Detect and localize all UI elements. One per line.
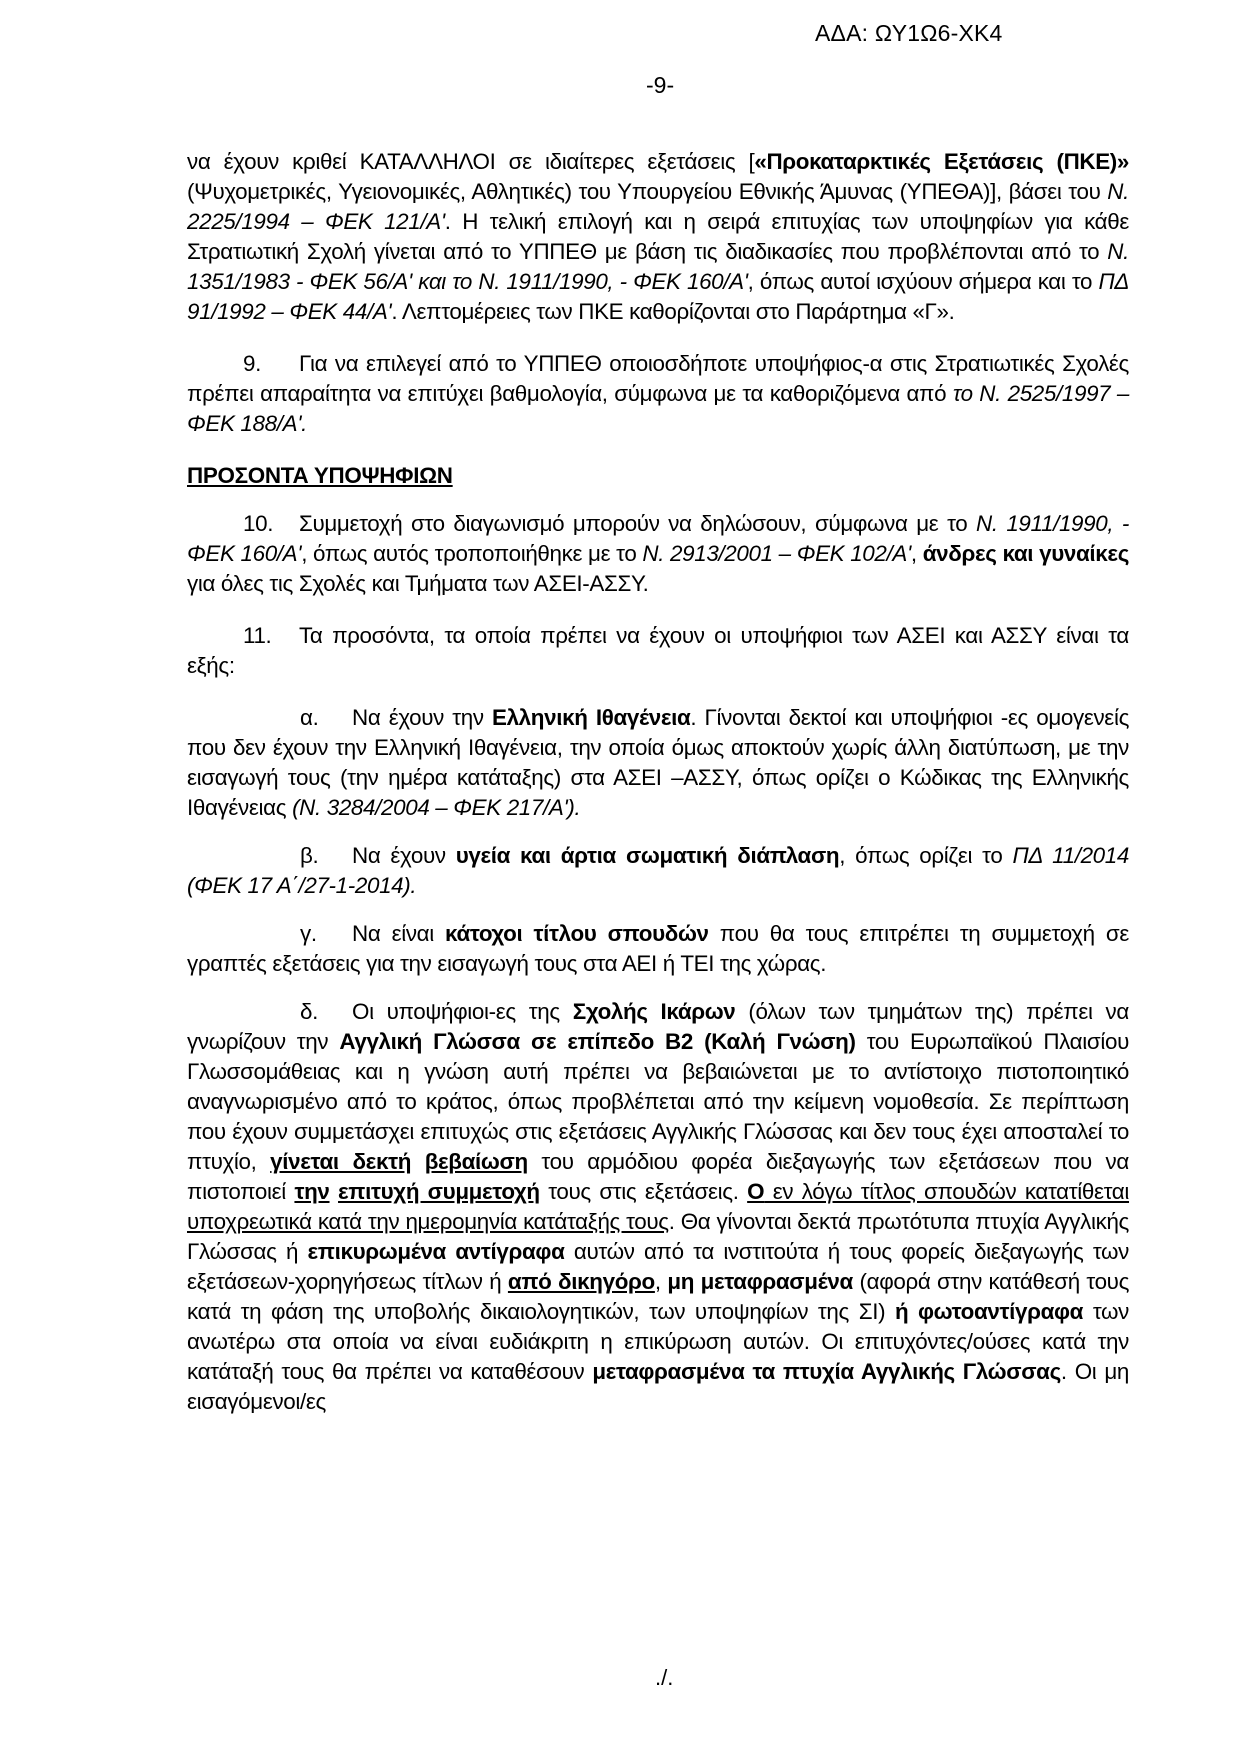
paragraph-10: 10.Συμμετοχή στο διαγωνισμό μπορούν να δ…: [187, 509, 1129, 599]
document-ada-code: ΑΔΑ: ΩΥ1Ω6-ΧΚ4: [815, 20, 1003, 47]
document-body: να έχουν κριθεί ΚΑΤΑΛΛΗΛΟΙ σε ιδιαίτερες…: [187, 147, 1129, 1417]
paragraph-continuation: να έχουν κριθεί ΚΑΤΑΛΛΗΛΟΙ σε ιδιαίτερες…: [187, 147, 1129, 327]
section-heading: ΠΡΟΣΟΝΤΑ ΥΠΟΨΗΦΙΩΝ: [187, 461, 1129, 491]
subparagraph-b: β.Να έχουν υγεία και άρτια σωματική διάπ…: [187, 841, 1129, 901]
paragraph-11: 11.Τα προσόντα, τα οποία πρέπει να έχουν…: [187, 621, 1129, 681]
page-number: -9-: [646, 72, 674, 99]
subparagraph-c: γ.Να είναι κάτοχοι τίτλου σπουδών που θα…: [187, 919, 1129, 979]
paragraph-number: 9.: [243, 349, 299, 379]
paragraph-number: 11.: [243, 621, 299, 651]
subparagraph-a: α.Να έχουν την Ελληνική Ιθαγένεια. Γίνον…: [187, 703, 1129, 823]
subparagraph-d: δ.Οι υποψήφιοι-ες της Σχολής Ικάρων (όλω…: [187, 997, 1129, 1417]
paragraph-number: 10.: [243, 509, 299, 539]
subparagraph-letter: γ.: [300, 919, 352, 949]
paragraph-9: 9.Για να επιλεγεί από το ΥΠΠΕΘ οποιοσδήπ…: [187, 349, 1129, 439]
subparagraph-letter: α.: [300, 703, 352, 733]
subparagraph-letter: β.: [300, 841, 352, 871]
continuation-mark: ./.: [655, 1665, 673, 1691]
subparagraph-letter: δ.: [300, 997, 352, 1027]
